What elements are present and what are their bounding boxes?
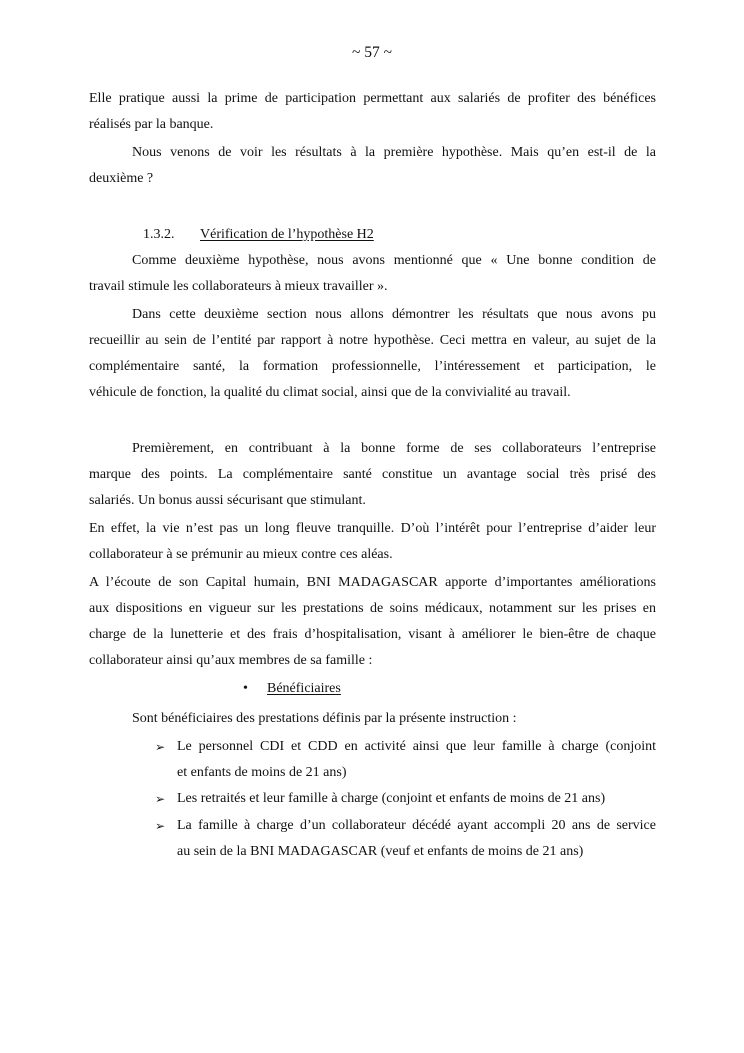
paragraph-line: Premièrement, en contribuant à la bonne … — [132, 440, 656, 458]
arrow-bullet-icon: ➢ — [155, 790, 165, 808]
list-item-line: Les retraités et leur famille à charge (… — [177, 790, 605, 808]
paragraph-line: Dans cette deuxième section nous allons … — [132, 306, 656, 324]
page-number: ~ 57 ~ — [0, 44, 744, 62]
list-item-line: Le personnel CDI et CDD en activité ains… — [177, 738, 656, 756]
paragraph-line: Sont bénéficiaires des prestations défin… — [132, 710, 517, 728]
paragraph-line: véhicule de fonction, la qualité du clim… — [89, 384, 571, 402]
paragraph-line: recueillir au sein de l’entité par rappo… — [89, 332, 656, 350]
paragraph-line: collaborateur ainsi qu’aux membres de sa… — [89, 652, 372, 670]
paragraph-line: marque des points. La complémentaire san… — [89, 466, 656, 484]
arrow-bullet-icon: ➢ — [155, 738, 165, 756]
paragraph-line: complémentaire santé, la formation profe… — [89, 358, 656, 376]
paragraph-line: En effet, la vie n’est pas un long fleuv… — [89, 520, 656, 538]
section-number: 1.3.2. — [143, 226, 175, 244]
paragraph-line: Comme deuxième hypothèse, nous avons men… — [132, 252, 656, 270]
bullet-label: Bénéficiaires — [267, 680, 341, 698]
arrow-bullet-icon: ➢ — [155, 817, 165, 835]
paragraph-line: collaborateur à se prémunir au mieux con… — [89, 546, 393, 564]
paragraph-line: deuxième ? — [89, 170, 153, 188]
bullet-icon: • — [243, 680, 248, 698]
list-item-line: La famille à charge d’un collaborateur d… — [177, 817, 656, 835]
paragraph-line: A l’écoute de son Capital humain, BNI MA… — [89, 574, 656, 592]
paragraph-line: Elle pratique aussi la prime de particip… — [89, 90, 656, 108]
paragraph-line: salariés. Un bonus aussi sécurisant que … — [89, 492, 366, 510]
paragraph-line: charge de la lunetterie et des frais d’h… — [89, 626, 656, 644]
section-title: Vérification de l’hypothèse H2 — [200, 226, 374, 244]
paragraph-line: Nous venons de voir les résultats à la p… — [132, 144, 656, 162]
paragraph-line: travail stimule les collaborateurs à mie… — [89, 278, 388, 296]
list-item-line: et enfants de moins de 21 ans) — [177, 764, 347, 782]
paragraph-line: réalisés par la banque. — [89, 116, 213, 134]
paragraph-line: aux dispositions en vigueur sur les pres… — [89, 600, 656, 618]
list-item-line: au sein de la BNI MADAGASCAR (veuf et en… — [177, 843, 583, 861]
